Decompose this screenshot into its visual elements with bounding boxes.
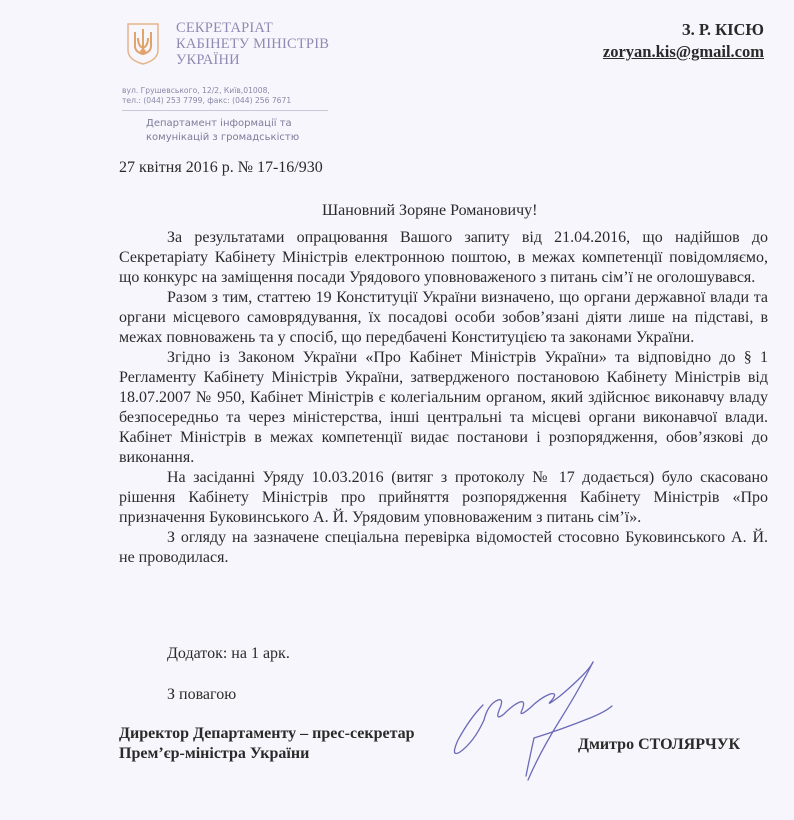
paragraph: Згідно із Законом України «Про Кабінет М… — [119, 348, 768, 468]
department-line: комунікацій з громадськістю — [146, 131, 299, 145]
paragraph: Разом з тим, статтею 19 Конституції Укра… — [119, 288, 768, 348]
paragraph: На засіданні Уряду 10.03.2016 (витяг з п… — [119, 468, 768, 528]
divider — [122, 110, 328, 111]
org-name-line: КАБІНЕТУ МІНІСТРІВ — [176, 36, 329, 52]
address-line: вул. Грушевського, 12/2, Київ,01008, — [122, 86, 291, 96]
org-name-line: СЕКРЕТАРІАТ — [176, 20, 329, 36]
paragraph: З огляду на зазначене спеціальна перевір… — [119, 528, 768, 568]
department-name: Департамент інформації та комунікацій з … — [146, 117, 299, 145]
appendix-note: Додаток: на 1 арк. — [167, 645, 290, 663]
department-line: Департамент інформації та — [146, 117, 299, 131]
document-reference: 27 квітня 2016 р. № 17-16/930 — [119, 159, 323, 177]
recipient-email-link[interactable]: zoryan.kis@gmail.com — [603, 41, 764, 63]
handwritten-signature-icon — [440, 648, 630, 784]
organization-name: СЕКРЕТАРІАТ КАБІНЕТУ МІНІСТРІВ УКРАЇНИ — [176, 20, 329, 68]
salutation: Шановний Зоряне Романовичу! — [322, 202, 537, 220]
signer-title-line: Прем’єр-міністра України — [119, 744, 415, 764]
trident-coat-of-arms-icon — [126, 22, 160, 66]
signer-title-line: Директор Департаменту – прес-секретар — [119, 724, 415, 744]
recipient-name: З. Р. КІСЮ — [603, 19, 764, 41]
letter-body: За результатами опрацювання Вашого запит… — [119, 228, 768, 568]
closing: З повагою — [167, 686, 236, 704]
paragraph: За результатами опрацювання Вашого запит… — [119, 228, 768, 288]
phone-fax-line: тел.: (044) 253 7799, факс: (044) 256 76… — [122, 96, 291, 106]
signer-title: Директор Департаменту – прес-секретар Пр… — [119, 724, 415, 764]
org-name-line: УКРАЇНИ — [176, 52, 329, 68]
organization-address: вул. Грушевського, 12/2, Київ,01008, тел… — [122, 86, 291, 106]
recipient-block: З. Р. КІСЮ zoryan.kis@gmail.com — [603, 19, 764, 63]
signer-name: Дмитро СТОЛЯРЧУК — [578, 736, 740, 754]
